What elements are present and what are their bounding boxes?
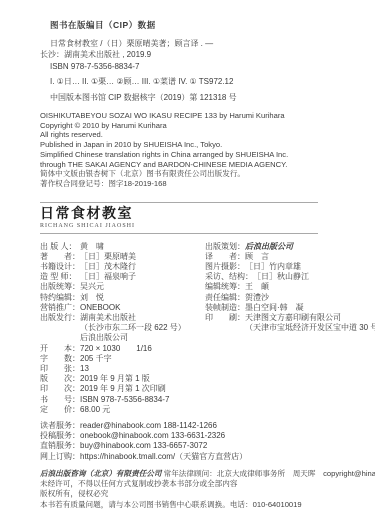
service-label: 投稿服务： xyxy=(40,431,80,441)
credit-row: 著 者：［日］栗原晴美 xyxy=(40,252,205,262)
credit-value: 天津图文方嘉印刷有限公司 xyxy=(245,313,341,322)
credit-value: 吴兴元 xyxy=(80,282,104,291)
credit-value: ISBN 978-7-5356-8834-7 xyxy=(80,395,169,404)
copyright-line: All rights reserved. xyxy=(40,130,318,140)
credit-row: 出版策划：后浪出版公司 xyxy=(205,242,375,252)
legal-line: 本书若有质量问题，请与本公司图书销售中心联系调换。电话：010-64010019 xyxy=(40,500,318,510)
credits-block: 出 版 人：黄 啸 著 者：［日］栗原晴美 书籍设计：［日］茂木隆行 造 型 师… xyxy=(40,242,318,415)
legal-block: 后浪出版咨询（北京）有限责任公司 常年法律顾问：北京大成律师事务所 周天晖 co… xyxy=(40,469,318,510)
credits-right-column: 出版策划：后浪出版公司 译 者：顾 言 图片摄影：［日］竹内章雄 采访、结构：［… xyxy=(205,242,375,415)
credit-value: 2019 年 9 月第 1 版 xyxy=(80,374,150,383)
cip-registration-line: 中国版本图书馆 CIP 数据核字（2019）第 121318 号 xyxy=(40,92,318,104)
copyright-block: OISHIKUTABEYOU SOZAI WO IKASU RECIPE 133… xyxy=(40,111,318,189)
credit-label: 印 刷： xyxy=(205,313,245,323)
credit-label: 字 数： xyxy=(40,354,80,364)
divider xyxy=(40,233,318,234)
printer-address: （天津市宝坻经济开发区宝中道 30 号） xyxy=(205,323,375,333)
credit-row: 图片摄影：［日］竹内章雄 xyxy=(205,262,375,272)
credit-row: 装帧制造：墨白空间·韩 凝 xyxy=(205,303,375,313)
credit-row: 译 者：顾 言 xyxy=(205,252,375,262)
service-value: https://hinabook.tmall.com/（天猫官方直营店） xyxy=(80,452,247,461)
credit-label: 译 者： xyxy=(205,252,245,262)
credit-value: 720 × 1030 1/16 xyxy=(80,344,152,353)
credit-row: 字 数：205 千字 xyxy=(40,354,205,364)
service-value: onebook@hinabook.com 133-6631-2326 xyxy=(80,431,225,440)
copyright-line: OISHIKUTABEYOU SOZAI WO IKASU RECIPE 133… xyxy=(40,111,318,121)
credit-row: 书籍设计：［日］茂木隆行 xyxy=(40,262,205,272)
credit-value: ［日］秋山静江 xyxy=(253,272,309,281)
legal-line: 后浪出版咨询（北京）有限责任公司 常年法律顾问：北京大成律师事务所 周天晖 co… xyxy=(40,469,318,479)
service-value: buy@hinabook.com 133-6657-3072 xyxy=(80,441,207,450)
copyright-line: Simplified Chinese translation rights in… xyxy=(40,150,318,160)
service-label: 读者服务： xyxy=(40,421,80,431)
legal-counsel: 常年法律顾问：北京大成律师事务所 周天晖 copyright@hinabook.… xyxy=(162,469,375,478)
copyright-line: Published in Japan in 2010 by SHUEISHA I… xyxy=(40,140,318,150)
credit-label: 出版统筹： xyxy=(40,282,80,292)
credit-value: 贺澧沙 xyxy=(245,293,269,302)
credit-value: 13 xyxy=(80,364,89,373)
book-title-pinyin: RICHANG SHICAI JIAOSHI xyxy=(40,223,318,229)
service-label: 直销服务： xyxy=(40,441,80,451)
credit-label: 出版策划： xyxy=(205,242,245,252)
cip-heading: 图书在版编目（CIP）数据 xyxy=(40,20,318,32)
credit-label: 开 本： xyxy=(40,344,80,354)
credit-value: 顾 言 xyxy=(245,252,269,261)
credit-label: 营销推广： xyxy=(40,303,80,313)
cip-block: 图书在版编目（CIP）数据 日常食材教室 /（日）栗原晴美著；顾言译 . — 长… xyxy=(40,20,318,103)
credit-row: 印 次：2019 年 9 月第 1 次印刷 xyxy=(40,384,205,394)
credit-row: 营销推广：ONEBOOK xyxy=(40,303,205,313)
credit-value: 王 頔 xyxy=(245,282,269,291)
service-row: 网上订购：https://hinabook.tmall.com/（天猫官方直营店… xyxy=(40,452,318,462)
credit-value: ［日］茂木隆行 xyxy=(80,262,136,271)
title-block: 日常食材教室 RICHANG SHICAI JIAOSHI xyxy=(40,203,318,233)
credit-label: 书籍设计： xyxy=(40,262,80,272)
credit-value: 墨白空间·韩 凝 xyxy=(245,303,304,312)
credit-label: 编辑统筹： xyxy=(205,282,245,292)
credit-label: 特约编辑： xyxy=(40,293,80,303)
service-row: 直销服务：buy@hinabook.com 133-6657-3072 xyxy=(40,441,318,451)
credit-row: 出 版 人：黄 啸 xyxy=(40,242,205,252)
credit-value: 205 千字 xyxy=(80,354,112,363)
cip-line: 日常食材教室 /（日）栗原晴美著；顾言译 . — xyxy=(40,38,318,50)
houlang-company-script: 后浪出版咨询（北京）有限责任公司 xyxy=(40,469,162,478)
copyright-line: through THE SAKAI AGENCY and BARDON-CHIN… xyxy=(40,160,318,170)
credit-label: 出版发行： xyxy=(40,313,80,323)
service-label: 网上订购： xyxy=(40,452,80,462)
credit-label: 责任编辑： xyxy=(205,293,245,303)
credit-row: 采访、结构：［日］秋山静江 xyxy=(205,272,375,282)
credit-row: 出版发行：湖南美术出版社 xyxy=(40,313,205,323)
credit-row: 责任编辑：贺澧沙 xyxy=(205,293,375,303)
service-value: reader@hinabook.com 188-1142-1266 xyxy=(80,421,217,430)
credit-label: 装帧制造： xyxy=(205,303,245,313)
credit-row: 开 本：720 × 1030 1/16 xyxy=(40,344,205,354)
credit-label: 书 号： xyxy=(40,395,80,405)
credit-value: ［日］竹内章雄 xyxy=(245,262,301,271)
copyright-line: 简体中文版由银杏树下（北京）图书有限责任公司出版发行。 xyxy=(40,169,318,179)
credit-value: 刘 悦 xyxy=(80,293,104,302)
book-title: 日常食材教室 xyxy=(40,206,318,221)
cip-line: ISBN 978-7-5356-8834-7 xyxy=(40,61,318,73)
services-block: 读者服务：reader@hinabook.com 188-1142-1266 投… xyxy=(40,421,318,462)
legal-line: 未经许可，不得以任何方式复制或抄袭本书部分或全部内容 xyxy=(40,479,318,489)
credit-value: 黄 啸 xyxy=(80,242,104,251)
copyright-line: 著作权合同登记号：图字18-2019-168 xyxy=(40,179,318,189)
credit-label: 采访、结构： xyxy=(205,272,253,282)
credit-row: 印 张：13 xyxy=(40,364,205,374)
credit-value: 68.00 元 xyxy=(80,405,110,414)
houlang-logo-text: 后浪出版公司 xyxy=(245,242,293,251)
credit-row: 版 次：2019 年 9 月第 1 版 xyxy=(40,374,205,384)
credit-row: 出版统筹：吴兴元 xyxy=(40,282,205,292)
legal-line: 版权所有，侵权必究 xyxy=(40,489,318,499)
credit-row: 印 刷：天津图文方嘉印刷有限公司 xyxy=(205,313,375,323)
isbn-row: 书 号：ISBN 978-7-5356-8834-7 xyxy=(40,395,205,405)
credits-left-column: 出 版 人：黄 啸 著 者：［日］栗原晴美 书籍设计：［日］茂木隆行 造 型 师… xyxy=(40,242,205,415)
colophon-page: 图书在版编目（CIP）数据 日常食材教室 /（日）栗原晴美著；顾言译 . — 长… xyxy=(0,0,375,523)
credit-label: 造 型 师： xyxy=(40,272,80,282)
credit-value: ［日］福泉响子 xyxy=(80,272,136,281)
service-row: 投稿服务：onebook@hinabook.com 133-6631-2326 xyxy=(40,431,318,441)
publisher-address: （长沙市东二环一段 622 号） xyxy=(40,323,205,333)
credit-label: 出 版 人： xyxy=(40,242,80,252)
credit-label: 定 价： xyxy=(40,405,80,415)
credit-value: 湖南美术出版社 xyxy=(80,313,136,322)
credit-label: 著 者： xyxy=(40,252,80,262)
credit-label: 版 次： xyxy=(40,374,80,384)
price-row: 定 价：68.00 元 xyxy=(40,405,205,415)
credit-label: 印 次： xyxy=(40,384,80,394)
credit-row: 编辑统筹：王 頔 xyxy=(205,282,375,292)
cip-classification-line: I. ①日… II. ①栗… ②顾… III. ①菜谱 IV. ① TS972.… xyxy=(40,76,318,88)
credit-row: 造 型 师：［日］福泉响子 xyxy=(40,272,205,282)
co-publisher: 后浪出版公司 xyxy=(40,333,205,343)
credit-value: ［日］栗原晴美 xyxy=(80,252,136,261)
credit-label: 印 张： xyxy=(40,364,80,374)
cip-line: 长沙：湖南美术出版社 , 2019.9 xyxy=(40,49,318,61)
credit-label: 图片摄影： xyxy=(205,262,245,272)
credit-row: 特约编辑：刘 悦 xyxy=(40,293,205,303)
credit-value: 2019 年 9 月第 1 次印刷 xyxy=(80,384,166,393)
service-row: 读者服务：reader@hinabook.com 188-1142-1266 xyxy=(40,421,318,431)
credit-value: ONEBOOK xyxy=(80,303,120,312)
copyright-line: Copyright © 2010 by Harumi Kurihara xyxy=(40,121,318,131)
